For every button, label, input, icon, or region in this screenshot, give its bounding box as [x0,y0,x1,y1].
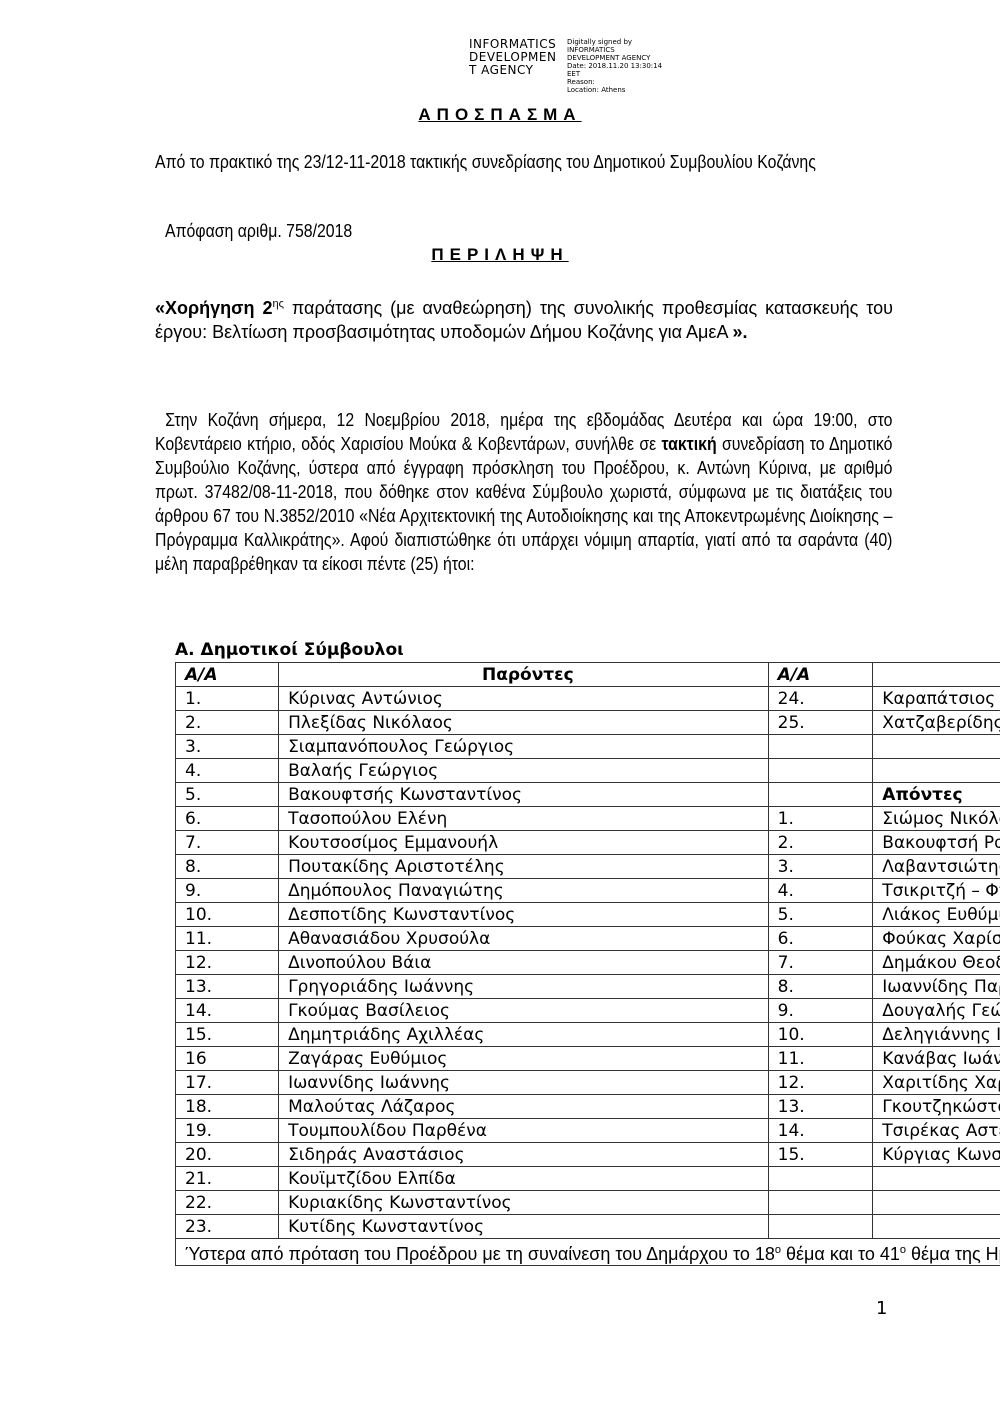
table-row: 7.Κουτσοσίμος Εμμανουήλ2.Βακουφτσή Ραφαέ… [176,831,1000,855]
table-row: 15.Δημητριάδης Αχιλλέας10.Δεληγιάννης Ιω… [176,1023,1000,1047]
present-name: Ζαγάρας Ευθύμιος [279,1047,769,1071]
present-index: 20. [176,1143,279,1167]
absent-index: 24. [768,687,873,711]
header-blank [873,663,1000,687]
present-index: 6. [176,807,279,831]
superscript: ης [272,298,283,310]
absent-name: Χαριτίδης Χαρίλαος [873,1071,1000,1095]
absent-index: 7. [768,951,873,975]
absent-name: Σιώμος Νικόλαος [873,807,1000,831]
absent-name: Λιάκος Ευθύμιος [873,903,1000,927]
present-name: Γρηγοριάδης Ιωάννης [279,975,769,999]
present-name: Κουτσοσίμος Εμμανουήλ [279,831,769,855]
present-name: Δημητριάδης Αχιλλέας [279,1023,769,1047]
present-name: Σιδηράς Αναστάσιος [279,1143,769,1167]
table-row: 16Ζαγάρας Ευθύμιος11.Κανάβας Ιωάννης [176,1047,1000,1071]
table-row: 21.Κουϊμτζίδου Ελπίδα [176,1167,1000,1191]
absent-index: 5. [768,903,873,927]
table-row: 8.Πουτακίδης Αριστοτέλης3.Λαβαντσιώτης Γ… [176,855,1000,879]
present-index: 4. [176,759,279,783]
signer-name: INFORMATICS DEVELOPMEN T AGENCY [469,38,567,94]
table-row: 10.Δεσποτίδης Κωνσταντίνος5.Λιάκος Ευθύμ… [176,903,1000,927]
table-row: 14.Γκούμας Βασίλειος9.Δουγαλής Γεώργιος [176,999,1000,1023]
page-number: 1 [876,1298,887,1319]
absent-index [768,759,873,783]
table-row: 20.Σιδηράς Αναστάσιος15.Κύργιας Κωνσταντ… [176,1143,1000,1167]
absent-name [873,759,1000,783]
body-text: συνεδρίαση το Δημοτικό Συμβούλιο Κοζάνης… [155,434,892,574]
present-name: Κυριακίδης Κωνσταντίνος [279,1191,769,1215]
absent-index: 15. [768,1143,873,1167]
intro-paragraph: Από το πρακτικό της 23/12-11-2018 τακτικ… [155,150,892,174]
present-index: 11. [176,927,279,951]
present-index: 13. [176,975,279,999]
present-index: 2. [176,711,279,735]
present-index: 12. [176,951,279,975]
absent-name: Χατζαβερίδης Γεώργιος [873,711,1000,735]
present-name: Βακουφτσής Κωνσταντίνος [279,783,769,807]
present-name: Δεσποτίδης Κωνσταντίνος [279,903,769,927]
table-row: 5.Βακουφτσής ΚωνσταντίνοςΑπόντες [176,783,1000,807]
present-name: Κυτίδης Κωνσταντίνος [279,1215,769,1239]
subject-close: ». [732,322,747,342]
absent-name [873,1167,1000,1191]
absent-index [768,1191,873,1215]
members-table: Α/Α Παρόντες Α/Α 1.Κύρινας Αντώνιος24.Κα… [175,662,1000,1266]
present-index: 19. [176,1119,279,1143]
present-index: 8. [176,855,279,879]
decision-number: Απόφαση αριθμ. 758/2018 [165,221,352,242]
absent-index: 3. [768,855,873,879]
absent-index: 8. [768,975,873,999]
digital-signature: INFORMATICS DEVELOPMEN T AGENCY Digitall… [469,38,662,94]
present-name: Ιωαννίδης Ιωάννης [279,1071,769,1095]
table-row: 17.Ιωαννίδης Ιωάννης12.Χαριτίδης Χαρίλαο… [176,1071,1000,1095]
present-index: 5. [176,783,279,807]
absent-index: 12. [768,1071,873,1095]
absent-name: Ιωαννίδης Παρασκευάς [873,975,1000,999]
absent-name: Τσιρέκας Αστέριος [873,1119,1000,1143]
present-name: Δημόπουλος Παναγιώτης [279,879,769,903]
note-text: θέμα της Ημερήσιας Διάταξης συζητήθηκαν … [906,1244,1000,1264]
present-name: Αθανασιάδου Χρυσούλα [279,927,769,951]
present-name: Κύρινας Αντώνιος [279,687,769,711]
summary-title: ΠΕΡΙΛΗΨΗ [0,245,1000,265]
present-index: 22. [176,1191,279,1215]
present-index: 21. [176,1167,279,1191]
header-index: Α/Α [176,663,279,687]
signature-location: Location: Athens [567,86,662,94]
absent-index [768,1215,873,1239]
table-row: 1.Κύρινας Αντώνιος24.Καραπάτσιος Ευάγγελ… [176,687,1000,711]
present-name: Τασοπούλου Ελένη [279,807,769,831]
agenda-note: Ύστερα από πρόταση του Προέδρου με τη συ… [176,1239,1000,1266]
absent-name: Δουγαλής Γεώργιος [873,999,1000,1023]
present-name: Δινοπούλου Βάια [279,951,769,975]
present-index: 16 [176,1047,279,1071]
table-row: 4.Βαλαής Γεώργιος [176,759,1000,783]
absent-index: 13. [768,1095,873,1119]
absent-name: Βακουφτσή Ραφαέλα Βασιλική [873,831,1000,855]
table-row: 6.Τασοπούλου Ελένη1.Σιώμος Νικόλαος [176,807,1000,831]
present-name: Μαλούτας Λάζαρος [279,1095,769,1119]
present-name: Κουϊμτζίδου Ελπίδα [279,1167,769,1191]
present-index: 23. [176,1215,279,1239]
present-index: 1. [176,687,279,711]
absent-index: 6. [768,927,873,951]
table-row: 2.Πλεξίδας Νικόλαος25.Χατζαβερίδης Γεώργ… [176,711,1000,735]
absent-index: 4. [768,879,873,903]
present-index: 9. [176,879,279,903]
body-bold-text: τακτική [661,434,716,454]
absent-index [768,735,873,759]
absent-index: 9. [768,999,873,1023]
members-table-body: Α/Α Παρόντες Α/Α 1.Κύρινας Αντώνιος24.Κα… [176,663,1000,1266]
present-name: Πλεξίδας Νικόλαος [279,711,769,735]
table-row: 11.Αθανασιάδου Χρυσούλα6.Φούκας Χαρίσιος [176,927,1000,951]
table-row: 9.Δημόπουλος Παναγιώτης4.Τσικριτζή – Φτά… [176,879,1000,903]
header-index: Α/Α [768,663,873,687]
present-index: 14. [176,999,279,1023]
present-index: 15. [176,1023,279,1047]
present-name: Σιαμπανόπουλος Γεώργιος [279,735,769,759]
table-row: 12.Δινοπούλου Βάια7.Δημάκου Θεοδώρα [176,951,1000,975]
absent-index [768,1167,873,1191]
present-index: 7. [176,831,279,855]
absent-index: 1. [768,807,873,831]
table-row: 22.Κυριακίδης Κωνσταντίνος [176,1191,1000,1215]
absent-index [768,783,873,807]
table-row: 3.Σιαμπανόπουλος Γεώργιος [176,735,1000,759]
absent-name: Καραπάτσιος Ευάγγελος [873,687,1000,711]
table-row: 19.Τουμπουλίδου Παρθένα14.Τσιρέκας Αστέρ… [176,1119,1000,1143]
absent-name: Γκουτζηκώστας Γεώργιος [873,1095,1000,1119]
signature-detail-line: DEVELOPMENT AGENCY [567,54,662,62]
subject-prefix: «Χορήγηση 2 [155,298,272,318]
absent-name: Κανάβας Ιωάννης [873,1047,1000,1071]
signature-detail-line: EET [567,70,662,78]
absent-name [873,1215,1000,1239]
present-index: 3. [176,735,279,759]
signer-line: T AGENCY [469,64,567,77]
absent-index: 2. [768,831,873,855]
absent-index: 14. [768,1119,873,1143]
header-present: Παρόντες [279,663,769,687]
absent-name: Τσικριτζή – Φτάκα Φανή [873,879,1000,903]
absent-name: Φούκας Χαρίσιος [873,927,1000,951]
absent-index: 10. [768,1023,873,1047]
present-name: Πουτακίδης Αριστοτέλης [279,855,769,879]
present-name: Τουμπουλίδου Παρθένα [279,1119,769,1143]
table-row: 18.Μαλούτας Λάζαρος13.Γκουτζηκώστας Γεώρ… [176,1095,1000,1119]
present-index: 17. [176,1071,279,1095]
signature-date: Date: 2018.11.20 13:30:14 [567,62,662,70]
present-name: Βαλαής Γεώργιος [279,759,769,783]
note-text: θέμα και το 41 [781,1244,900,1264]
absent-name: Δημάκου Θεοδώρα [873,951,1000,975]
signature-reason: Reason: [567,78,662,86]
absent-name: Δεληγιάννης Ιωάννης [873,1023,1000,1047]
document-title: ΑΠΟΣΠΑΣΜΑ [0,105,1000,125]
table-row: 23.Κυτίδης Κωνσταντίνος [176,1215,1000,1239]
signature-details: Digitally signed by INFORMATICS DEVELOPM… [567,38,662,94]
present-name: Γκούμας Βασίλειος [279,999,769,1023]
absent-name: Απόντες [873,783,1000,807]
absent-name: Λαβαντσιώτης Γεώργιος [873,855,1000,879]
absent-name [873,1191,1000,1215]
note-text: Ύστερα από πρόταση του Προέδρου με τη συ… [185,1244,775,1264]
absent-index: 11. [768,1047,873,1071]
signature-detail-line: INFORMATICS [567,46,662,54]
table-header-row: Α/Α Παρόντες Α/Α [176,663,1000,687]
absent-name [873,735,1000,759]
signature-detail-line: Digitally signed by [567,38,662,46]
absent-name: Κύργιας Κωνσταντίνος [873,1143,1000,1167]
note-row: Ύστερα από πρόταση του Προέδρου με τη συ… [176,1239,1000,1266]
present-index: 10. [176,903,279,927]
subject-paragraph: «Χορήγηση 2ης παράτασης (με αναθεώρηση) … [155,292,893,344]
absent-index: 25. [768,711,873,735]
body-paragraph: Στην Κοζάνη σήμερα, 12 Νοεμβρίου 2018, η… [155,408,892,576]
present-index: 18. [176,1095,279,1119]
section-title: Α. Δημοτικοί Σύμβουλοι [175,640,404,660]
table-row: 13.Γρηγοριάδης Ιωάννης8.Ιωαννίδης Παρασκ… [176,975,1000,999]
